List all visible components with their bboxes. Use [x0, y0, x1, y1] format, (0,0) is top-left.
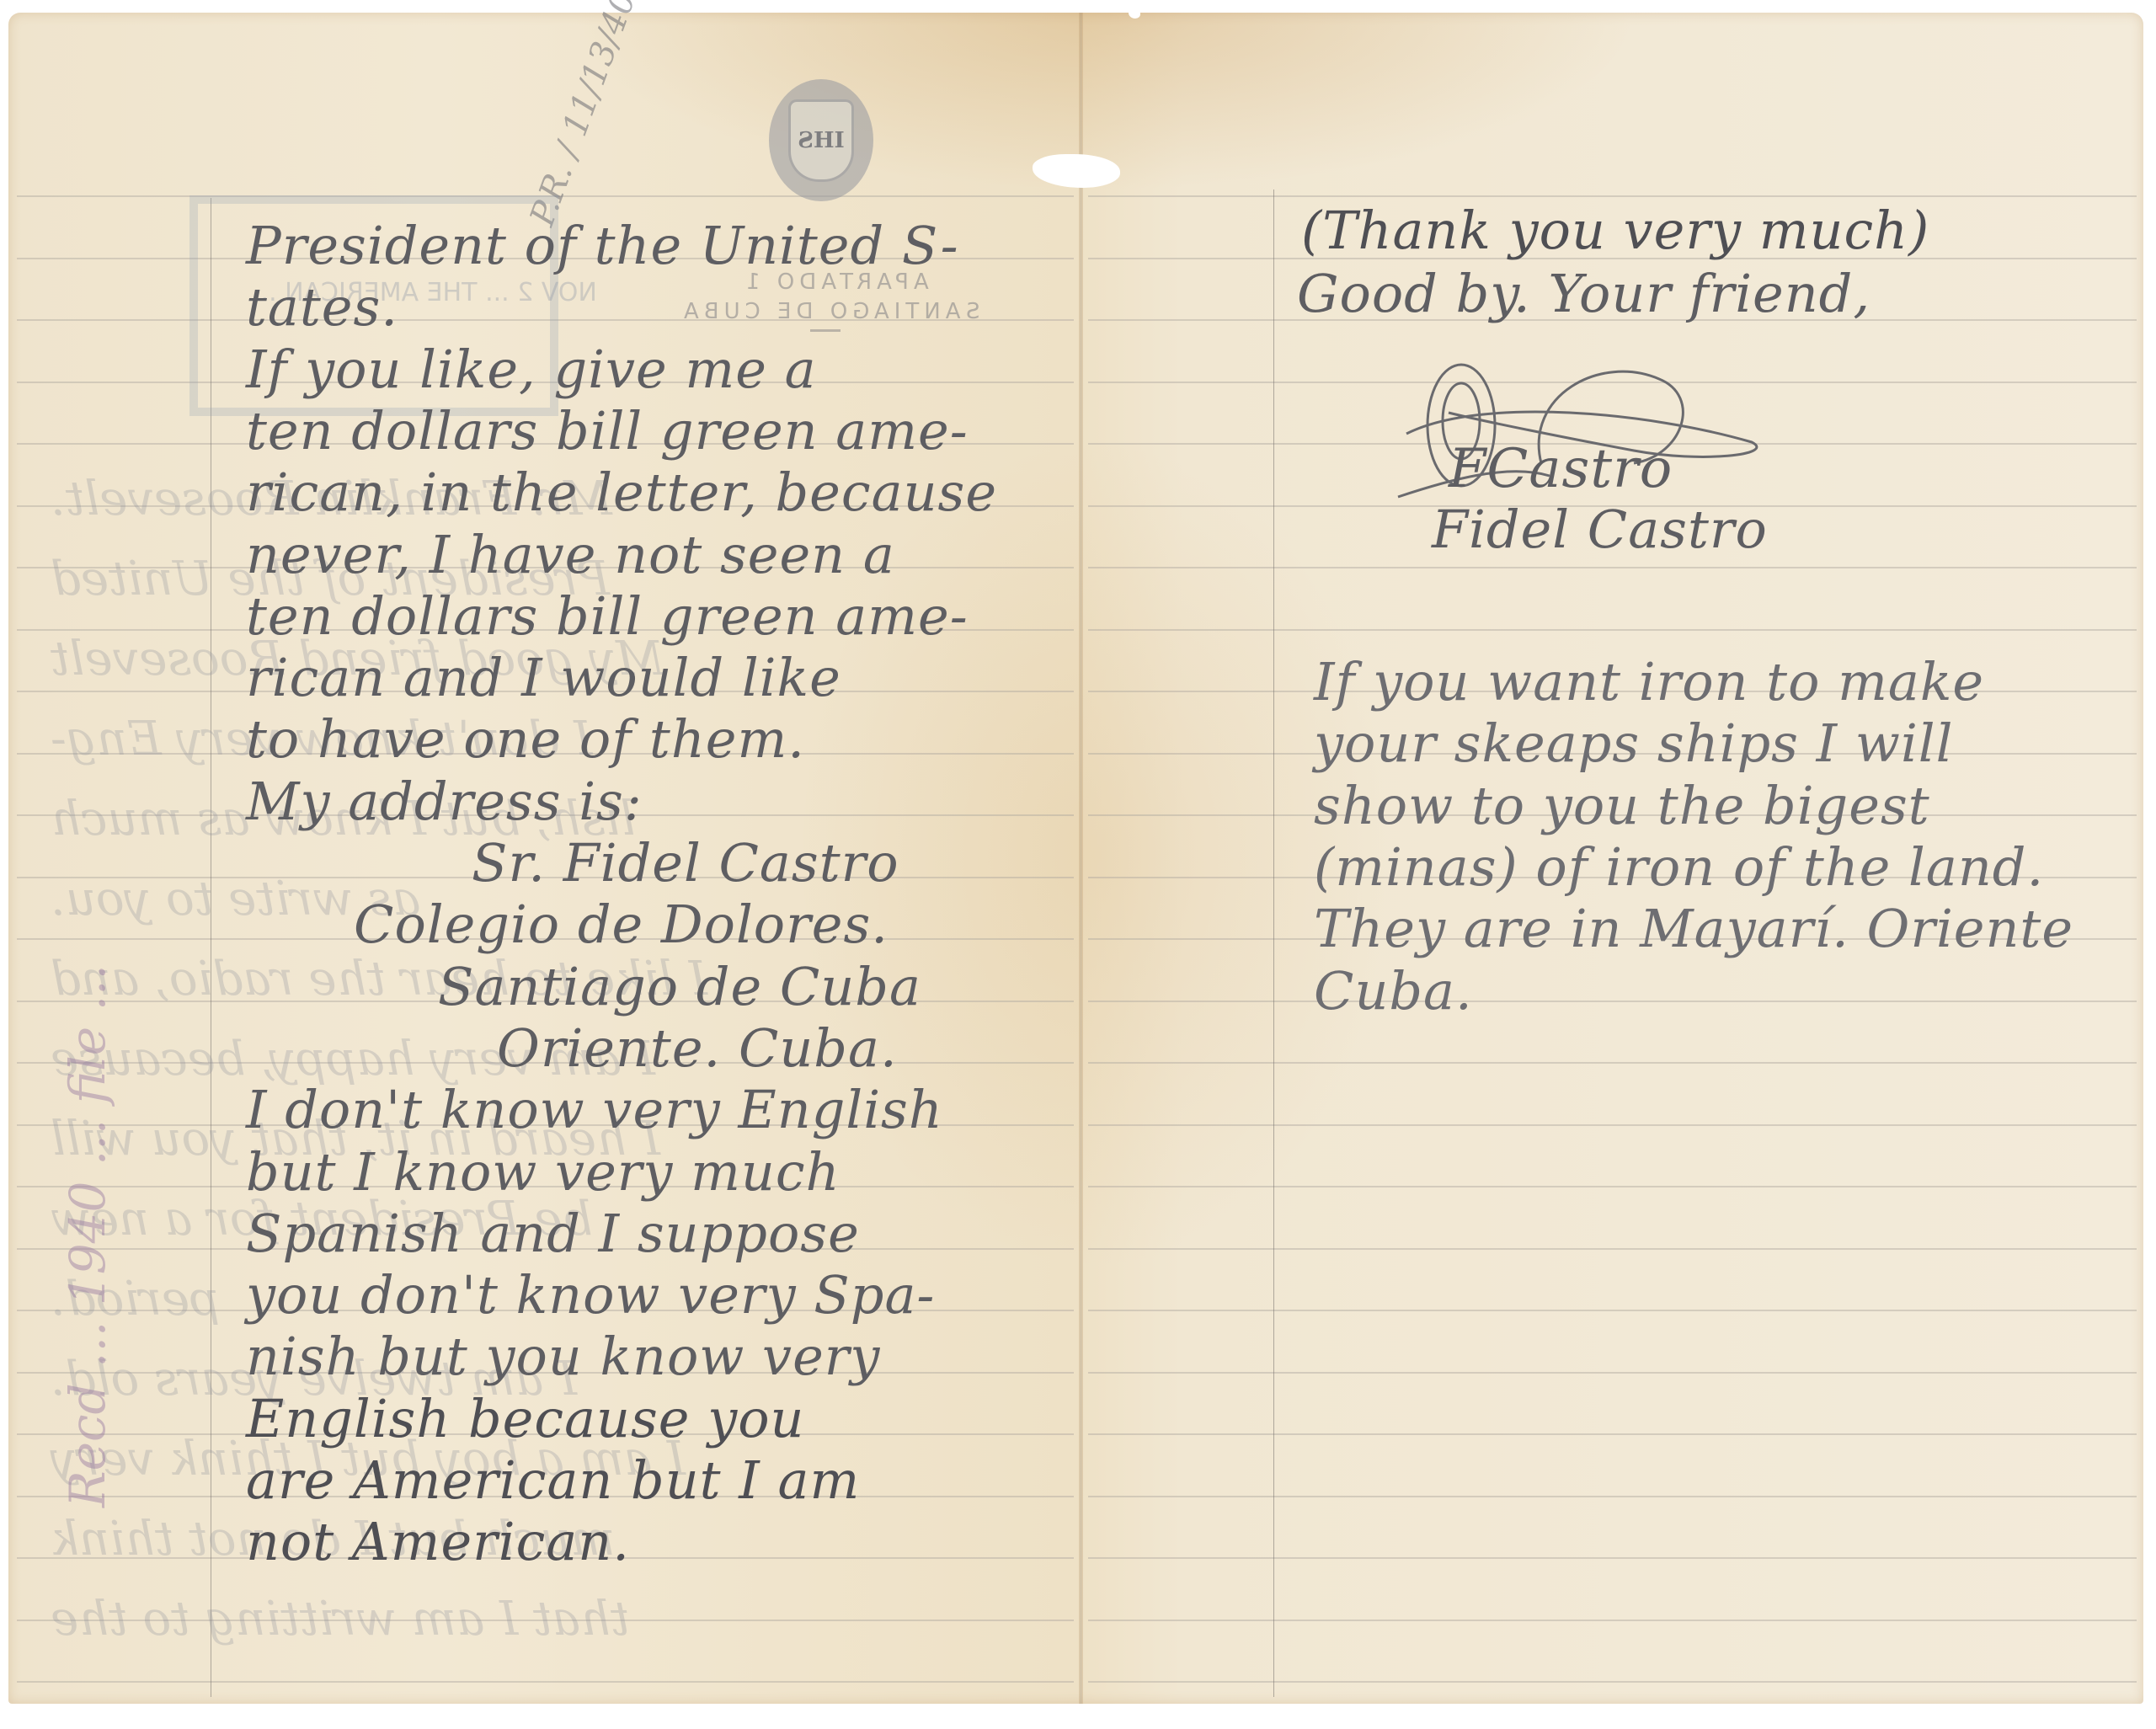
postscript-line: They are in Mayarí. Oriente	[1314, 898, 2073, 959]
letter-line: English because you	[246, 1388, 805, 1449]
ruled-line	[1088, 629, 2137, 631]
postscript-line: If you want iron to make	[1314, 651, 1984, 712]
postscript-line: your skeaps ships I will	[1314, 712, 1953, 774]
letter-line: Sr. Fidel Castro	[472, 832, 899, 894]
show-through-line: that I am writting to the	[51, 1592, 629, 1646]
letter-line: Spanish and I suppose	[246, 1203, 860, 1264]
letter-line: President of the United S-	[246, 215, 959, 276]
closing-goodbye: Good by. Your friend,	[1297, 263, 1870, 324]
letter-line: you don't know very Spa-	[246, 1264, 935, 1326]
letter-line: If you like, give me a	[246, 339, 817, 400]
letter-line: tates.	[246, 276, 398, 338]
ruled-line	[1088, 1681, 2137, 1683]
letter-line: Oriente. Cuba.	[497, 1017, 898, 1079]
ruled-line	[1088, 1372, 2137, 1374]
ruled-line	[1088, 1124, 2137, 1126]
letter-line: I don't know very English	[246, 1079, 943, 1140]
ruled-line	[1088, 1496, 2137, 1497]
ruled-line	[1088, 1557, 2137, 1559]
letter-line: nish but you know very	[246, 1326, 880, 1387]
letter-line: ten dollars bill green ame-	[246, 585, 969, 647]
letter-line: rican, in the letter, because	[246, 462, 997, 523]
center-fold	[1079, 13, 1083, 1704]
letter-line: rican and I would like	[246, 647, 841, 708]
ruled-line	[1088, 195, 2137, 197]
ruled-line	[1088, 567, 2137, 568]
letter-line: are American but I am	[246, 1449, 860, 1511]
letter-line: to have one of them.	[246, 708, 805, 770]
letter-line: never, I have not seen a	[246, 524, 895, 585]
letterhead-city: SANTIAGO DE CUBA	[679, 299, 980, 324]
letterhead-rule	[810, 329, 841, 332]
postscript-line: (minas) of iron of the land.	[1314, 836, 2044, 898]
letter-line: Santiago de Cuba	[438, 956, 921, 1017]
margin-pencil-note: Recd ... 1940 ... file ...	[59, 964, 116, 1508]
ihs-monogram-icon: IHS	[788, 99, 854, 182]
printed-name: Fidel Castro	[1432, 499, 1768, 560]
letter-line: My address is:	[246, 771, 643, 832]
postscript-line: Cuba.	[1314, 960, 1473, 1022]
letter-line: Colegio de Dolores.	[354, 894, 889, 955]
ruled-line	[1088, 1248, 2137, 1250]
letterhead-seal: IHS	[769, 79, 873, 201]
letter-line: but I know very much	[246, 1141, 841, 1203]
ruled-line	[1088, 1186, 2137, 1187]
postscript-line: show to you the bigest	[1314, 775, 1930, 836]
paper-nick	[1129, 8, 1140, 19]
ruled-line	[1088, 1001, 2137, 1002]
letter-line: not American.	[246, 1511, 630, 1572]
ruled-line	[1088, 1620, 2137, 1621]
ruled-line	[17, 1681, 1074, 1683]
ruled-line	[1088, 1433, 2137, 1435]
letter-line: ten dollars bill green ame-	[246, 400, 969, 462]
ruled-line	[1088, 1310, 2137, 1311]
signature: FCastro	[1449, 438, 1673, 500]
closing-thanks: (Thank you very much)	[1301, 200, 1929, 261]
right-page-margin-line	[1273, 189, 1274, 1697]
ruled-line	[1088, 1062, 2137, 1064]
